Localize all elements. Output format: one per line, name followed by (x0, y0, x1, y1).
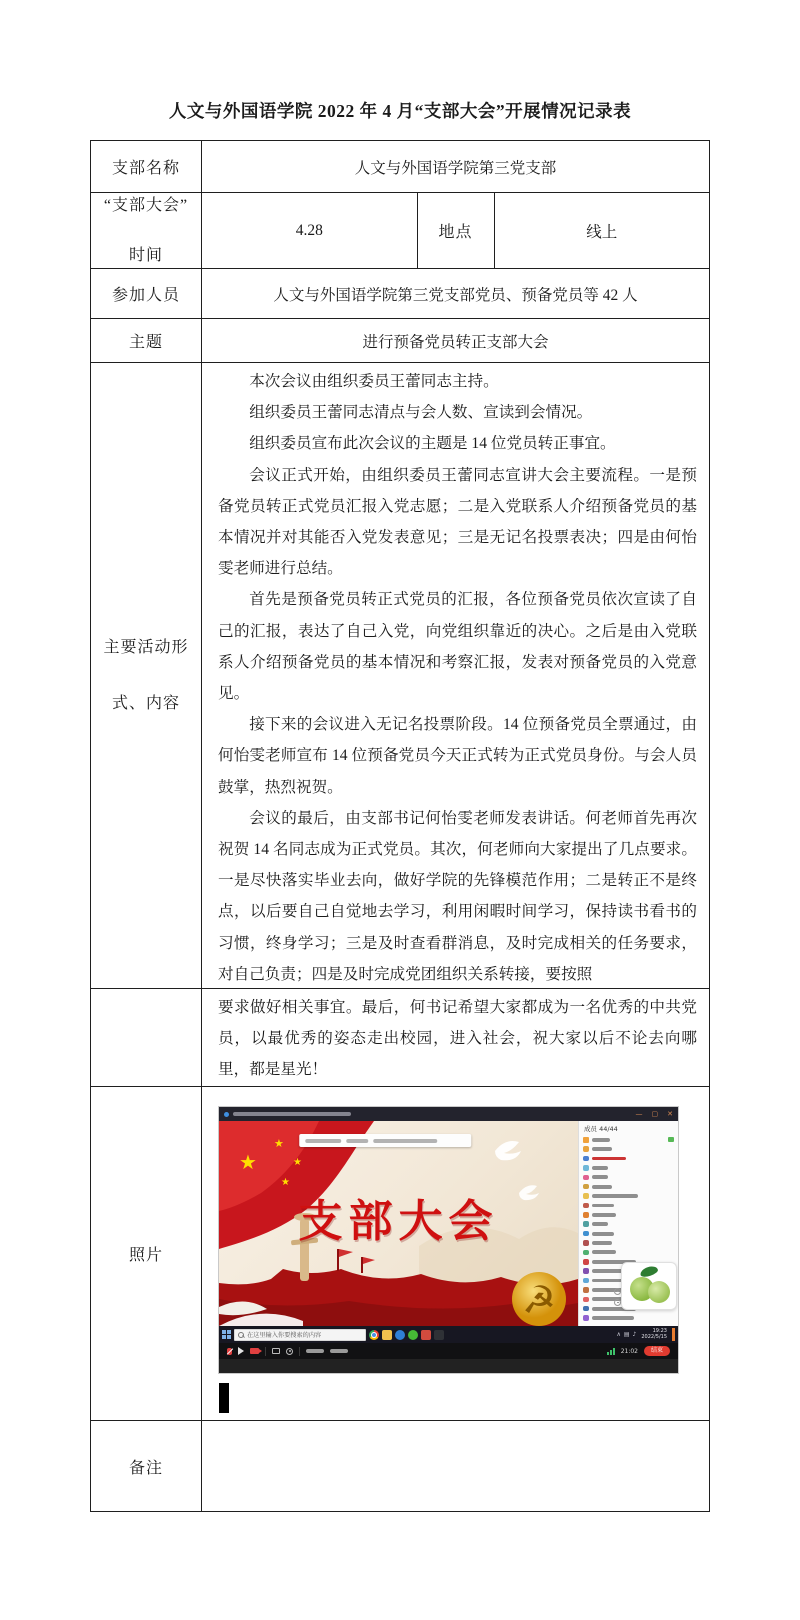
record-icon (286, 1348, 293, 1355)
participant-avatar (583, 1184, 589, 1190)
participant-row (583, 1144, 678, 1153)
participant-row (583, 1229, 678, 1238)
activity-content: 本次会议由组织委员王蕾同志主持。 组织委员王蕾同志清点与会人数、宣读到会情况。 … (201, 363, 709, 988)
host-avatar (583, 1137, 589, 1143)
meeting-screenshot-image: — ▢ ✕ (219, 1107, 678, 1373)
taskbar-search-box: 在这里输入你要搜索的内容 (234, 1329, 366, 1341)
flag-pole (337, 1249, 339, 1271)
meeting-body: ★ ★ ★ ★ (219, 1121, 678, 1326)
meeting-elapsed-time: 21:02 (621, 1348, 638, 1355)
activity-paragraph: 会议正式开始，由组织委员王蕾同志宣讲大会主要流程。一是预备党员转正式党员汇报入党… (218, 460, 697, 585)
photo-label: 照片 (91, 1087, 201, 1420)
participant-avatar (583, 1231, 589, 1237)
signal-icon (607, 1348, 614, 1355)
participant-avatar (583, 1175, 589, 1181)
topic-label: 主题 (91, 319, 201, 362)
dove-icon (495, 1141, 521, 1160)
activity-label-empty (91, 989, 201, 1086)
participant-avatar (583, 1315, 589, 1321)
participant-name-blur (592, 1147, 612, 1151)
mic-muted-icon (227, 1348, 232, 1355)
clock-date: 2022/5/15 (641, 1334, 667, 1340)
time-value: 4.28 (201, 193, 417, 268)
add-icon (614, 1288, 621, 1295)
member-panel-header: 成员 44/44 (584, 1124, 678, 1133)
table-row-participants: 参加人员 人文与外国语学院第三党支部党员、预备党员等 42 人 (91, 268, 709, 318)
slide-banner-text: 支部大会 (219, 1185, 578, 1249)
viewer-count-blur (373, 1139, 437, 1143)
participant-avatar (583, 1259, 589, 1265)
participant-avatar (583, 1221, 589, 1227)
table-row-activity-continuation: 要求做好相关事宜。最后，何书记希望大家都成为一名优秀的中共党员，以最优秀的姿态走… (91, 988, 709, 1086)
end-meeting-button: 结束 (644, 1346, 670, 1356)
lime-sticker-image (621, 1262, 677, 1310)
shared-slide: ★ ★ ★ ★ (219, 1121, 578, 1326)
participant-avatar (583, 1287, 589, 1293)
app-logo-icon (224, 1112, 229, 1117)
app-icon (421, 1330, 431, 1340)
participants-value: 人文与外国语学院第三党支部党员、预备党员等 42 人 (201, 269, 709, 318)
divider (299, 1347, 300, 1356)
activity-continuation-text: 要求做好相关事宜。最后，何书记希望大家都成为一名优秀的中共党员，以最优秀的姿态走… (218, 992, 697, 1086)
activity-paragraph: 首先是预备党员转正式党员的汇报，各位预备党员依次宣读了自己的汇报，表达了自己入党… (218, 584, 697, 709)
flag-star-icon: ★ (293, 1157, 302, 1168)
participant-row (583, 1182, 678, 1191)
participant-avatar (583, 1212, 589, 1218)
small-flag-icon (363, 1257, 375, 1264)
participants-label: 参加人员 (91, 269, 201, 318)
participant-avatar (583, 1156, 589, 1162)
search-icon (238, 1332, 244, 1338)
activity-label-line2: 式、内容 (112, 676, 180, 732)
participant-name-blur (592, 1213, 616, 1217)
participant-row (583, 1248, 678, 1257)
text-cursor-block (219, 1383, 229, 1413)
participant-row (583, 1210, 678, 1219)
share-status-pill (299, 1134, 471, 1147)
member-panel: 成员 44/44 (578, 1121, 678, 1326)
participant-row (583, 1191, 678, 1200)
participant-row (583, 1313, 678, 1322)
tray-chevron-icon: ∧ (616, 1332, 620, 1338)
location-label: 地点 (417, 193, 494, 268)
participant-avatar (583, 1146, 589, 1152)
windows-taskbar: 在这里输入你要搜索的内容 ∧ ▤ ♪ 19:23 (219, 1326, 678, 1343)
start-icon (222, 1330, 231, 1339)
participant-avatar (583, 1165, 589, 1171)
activity-paragraph: 接下来的会议进入无记名投票阶段。14 位预备党员全票通过，由何怡雯老师宣布 14… (218, 709, 697, 803)
participant-name-blur (592, 1204, 614, 1208)
window-title-text (233, 1112, 351, 1116)
activity-paragraph: 组织委员王蕾同志清点与会人数、宣读到会情况。 (218, 397, 697, 428)
time-label: “支部大会” 时间 (91, 193, 201, 268)
activity-paragraph: 会议的最后，由支部书记何怡雯老师发表讲话。何老师首先再次祝贺 14 名同志成为正… (218, 803, 697, 990)
activity-paragraph: 本次会议由组织委员王蕾同志主持。 (218, 366, 697, 397)
participant-avatar (583, 1268, 589, 1274)
participant-avatar (583, 1297, 589, 1303)
meeting-control-bar: 21:02 结束 (219, 1343, 678, 1359)
participant-avatar (583, 1250, 589, 1256)
participant-name-blur (592, 1316, 634, 1320)
photo-content: — ▢ ✕ (201, 1087, 709, 1420)
members-label-blur (306, 1349, 324, 1353)
tray-network-icon: ▤ (624, 1332, 630, 1338)
topic-value: 进行预备党员转正支部大会 (201, 319, 709, 362)
participant-avatar (583, 1278, 589, 1284)
page-title: 人文与外国语学院 2022 年 4 月“支部大会”开展情况记录表 (0, 98, 800, 123)
activity-label-line1: 主要活动形 (103, 620, 188, 676)
participant-avatar (583, 1306, 589, 1312)
activity-label: 主要活动形 式、内容 (91, 363, 201, 988)
branch-value: 人文与外国语学院第三党支部 (201, 141, 709, 192)
participant-row (583, 1163, 678, 1172)
taskbar-clock: 19:23 2022/5/15 (641, 1329, 667, 1340)
host-status-icon (668, 1137, 674, 1142)
location-value: 线上 (494, 193, 710, 268)
share-status-text-blur (305, 1139, 341, 1143)
share-screen-icon (272, 1348, 280, 1354)
record-table: 支部名称 人文与外国语学院第三党支部 “支部大会” 时间 4.28 地点 线上 … (90, 140, 710, 1512)
app-icon (434, 1330, 444, 1340)
wechat-icon (408, 1330, 418, 1340)
participant-name-blur (592, 1241, 612, 1245)
participant-row-host (583, 1135, 678, 1144)
chat-label-blur (330, 1349, 348, 1353)
table-row-remarks: 备注 (91, 1420, 709, 1512)
minimize-icon: — (636, 1111, 643, 1118)
participant-avatar (583, 1193, 589, 1199)
activity-continuation: 要求做好相关事宜。最后，何书记希望大家都成为一名优秀的中共党员，以最优秀的姿态走… (201, 989, 709, 1086)
small-flag-icon (339, 1249, 353, 1257)
hammer-sickle-icon: ☭ (522, 1278, 556, 1322)
camera-off-icon (250, 1348, 259, 1354)
document-page: 人文与外国语学院 2022 年 4 月“支部大会”开展情况记录表 支部名称 人文… (0, 0, 800, 1620)
table-row-time-location: “支部大会” 时间 4.28 地点 线上 (91, 192, 709, 268)
share-timer-blur (346, 1139, 368, 1143)
participant-name-blur (592, 1175, 608, 1179)
participant-row (583, 1154, 678, 1163)
speaker-icon (238, 1347, 244, 1355)
maximize-icon: ▢ (652, 1111, 659, 1118)
folder-icon (382, 1330, 392, 1340)
divider (265, 1347, 266, 1356)
participant-name-blur (592, 1157, 626, 1161)
host-name-blur (592, 1138, 610, 1142)
table-row-activity: 主要活动形 式、内容 本次会议由组织委员王蕾同志主持。 组织委员王蕾同志清点与会… (91, 362, 709, 988)
close-icon: ✕ (667, 1111, 673, 1118)
participant-name-blur (592, 1232, 614, 1236)
sticker-toolbar (614, 1288, 621, 1306)
flag-pole (361, 1257, 363, 1273)
meeting-window-titlebar: — ▢ ✕ (219, 1107, 678, 1121)
table-row-topic: 主题 进行预备党员转正支部大会 (91, 318, 709, 362)
lime-fruit-graphic (648, 1281, 670, 1303)
participant-row (583, 1173, 678, 1182)
flag-star-icon: ★ (239, 1150, 257, 1174)
chrome-icon (369, 1330, 379, 1340)
time-label-line1: “支部大会” (104, 181, 188, 231)
emoji-icon (614, 1299, 621, 1306)
participant-row (583, 1201, 678, 1210)
show-desktop-button (672, 1328, 675, 1341)
participant-name-blur (592, 1166, 608, 1170)
activity-paragraph: 组织委员宣布此次会议的主题是 14 位党员转正事宜。 (218, 428, 697, 459)
flag-star-icon: ★ (274, 1137, 284, 1150)
participant-avatar (583, 1240, 589, 1246)
participant-avatar (583, 1203, 589, 1209)
participant-row (583, 1238, 678, 1247)
remarks-label: 备注 (91, 1421, 201, 1512)
participant-row (583, 1220, 678, 1229)
participant-name-blur (592, 1250, 616, 1254)
participant-name-blur (592, 1194, 638, 1198)
edge-icon (395, 1330, 405, 1340)
participant-name-blur (592, 1222, 608, 1226)
participant-name-blur (592, 1185, 612, 1189)
tray-volume-icon: ♪ (633, 1332, 637, 1338)
remarks-value (201, 1421, 709, 1512)
search-placeholder-text: 在这里输入你要搜索的内容 (247, 1330, 321, 1339)
table-row-photo: 照片 — ▢ ✕ (91, 1086, 709, 1420)
